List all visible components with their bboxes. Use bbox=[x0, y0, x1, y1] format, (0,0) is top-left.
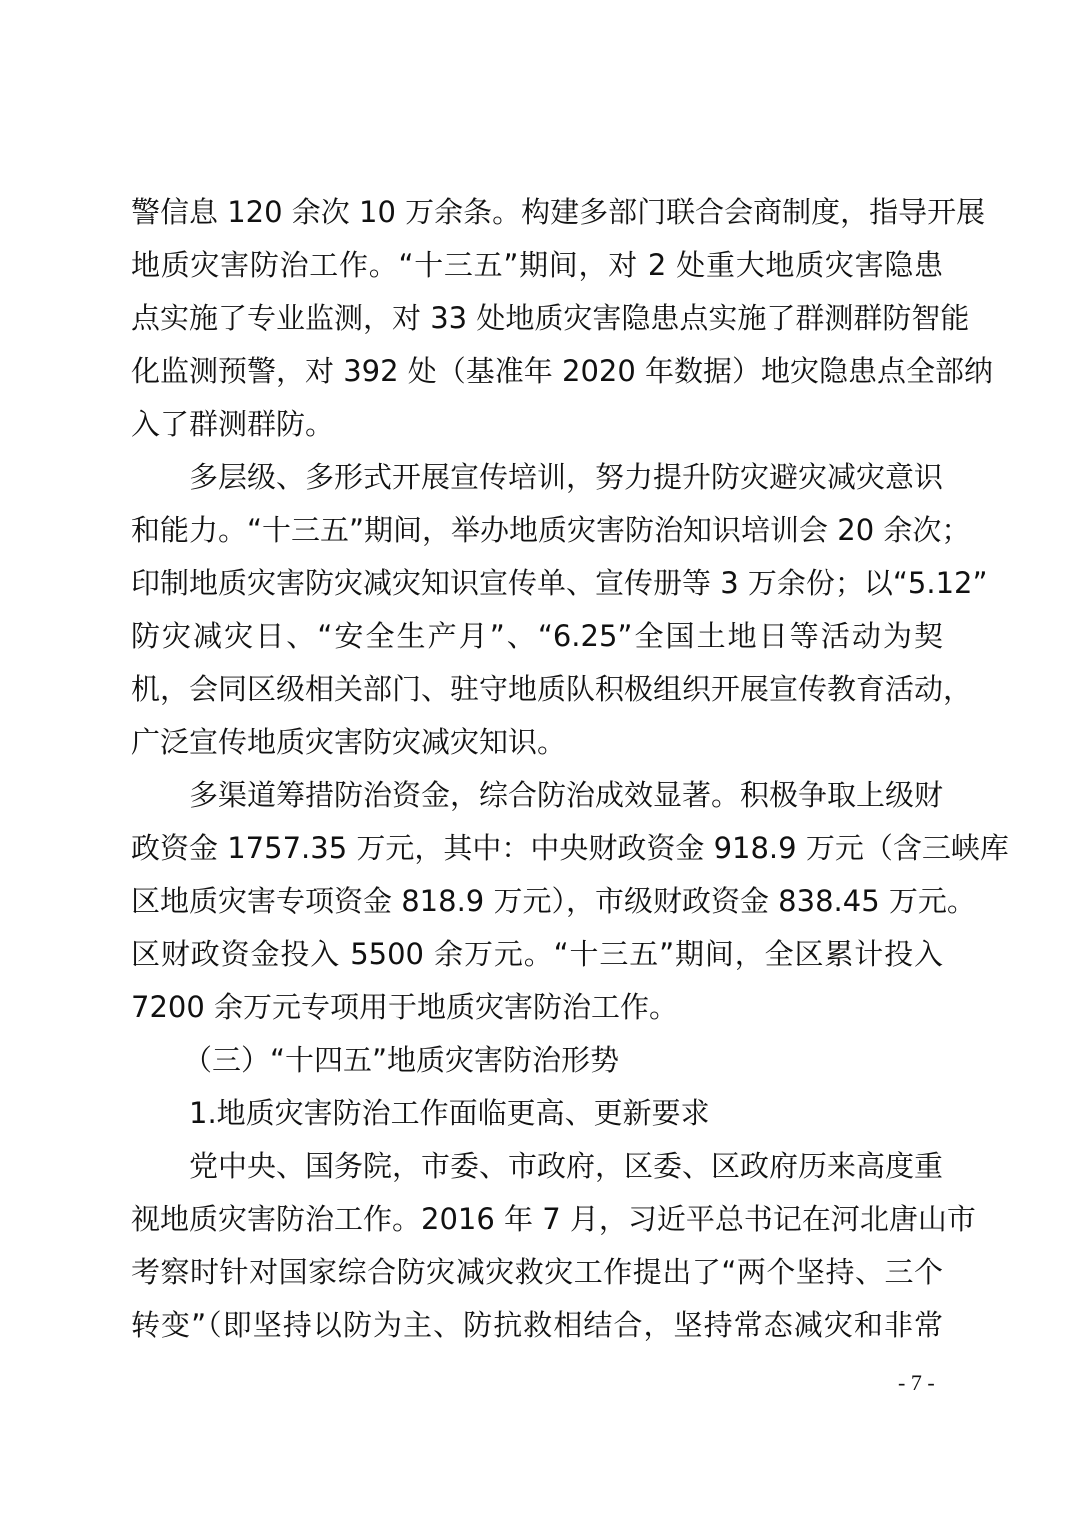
section-heading: （三）“十四五”地质灾害防治形势 bbox=[183, 1040, 937, 1080]
paragraph-line: 7200 余万元专项用于地质灾害防治工作。 bbox=[131, 987, 943, 1027]
paragraph-line: 化监测预警，对 392 处（基准年 2020 年数据）地灾隐患点全部纳 bbox=[131, 351, 943, 391]
paragraph-line: 党中央、国务院，市委、市政府，区委、区政府历来高度重 bbox=[189, 1146, 943, 1186]
paragraph-line: 印制地质灾害防灾减灾知识宣传单、宣传册等 3 万余份；以“5.12” bbox=[131, 563, 943, 603]
paragraph-line: 转变”（即坚持以防为主、防抗救相结合，坚持常态减灾和非常 bbox=[131, 1305, 943, 1345]
paragraph-line: 区地质灾害专项资金 818.9 万元），市级财政资金 838.45 万元。 bbox=[131, 881, 943, 921]
subsection-heading: 1.地质灾害防治工作面临更高、更新要求 bbox=[189, 1093, 943, 1133]
paragraph-line: 区财政资金投入 5500 余万元。“十三五”期间，全区累计投入 bbox=[131, 934, 943, 974]
document-page: 警信息 120 余次 10 万余条。构建多部门联合会商制度，指导开展 地质灾害防… bbox=[0, 0, 1074, 1520]
paragraph-line: 地质灾害防治工作。“十三五”期间，对 2 处重大地质灾害隐患 bbox=[131, 245, 943, 285]
paragraph-line: 广泛宣传地质灾害防灾减灾知识。 bbox=[131, 722, 943, 762]
paragraph-line: 多层级、多形式开展宣传培训，努力提升防灾避灾减灾意识 bbox=[189, 457, 943, 497]
paragraph-line: 政资金 1757.35 万元，其中：中央财政资金 918.9 万元（含三峡库 bbox=[131, 828, 943, 868]
paragraph-line: 点实施了专业监测，对 33 处地质灾害隐患点实施了群测群防智能 bbox=[131, 298, 943, 338]
paragraph-line: 和能力。“十三五”期间，举办地质灾害防治知识培训会 20 余次； bbox=[131, 510, 943, 550]
paragraph-line: 警信息 120 余次 10 万余条。构建多部门联合会商制度，指导开展 bbox=[131, 192, 943, 232]
paragraph-line: 机，会同区级相关部门、驻守地质队积极组织开展宣传教育活动， bbox=[131, 669, 943, 709]
paragraph-line: 防灾减灾日、“安全生产月”、“6.25”全国土地日等活动为契 bbox=[131, 616, 943, 656]
paragraph-line: 视地质灾害防治工作。2016 年 7 月，习近平总书记在河北唐山市 bbox=[131, 1199, 943, 1239]
paragraph-line: 入了群测群防。 bbox=[131, 404, 943, 444]
paragraph-line: 考察时针对国家综合防灾减灾救灾工作提出了“两个坚持、三个 bbox=[131, 1252, 943, 1292]
page-number: - 7 - bbox=[898, 1368, 935, 1398]
paragraph-line: 多渠道筹措防治资金，综合防治成效显著。积极争取上级财 bbox=[189, 775, 943, 815]
